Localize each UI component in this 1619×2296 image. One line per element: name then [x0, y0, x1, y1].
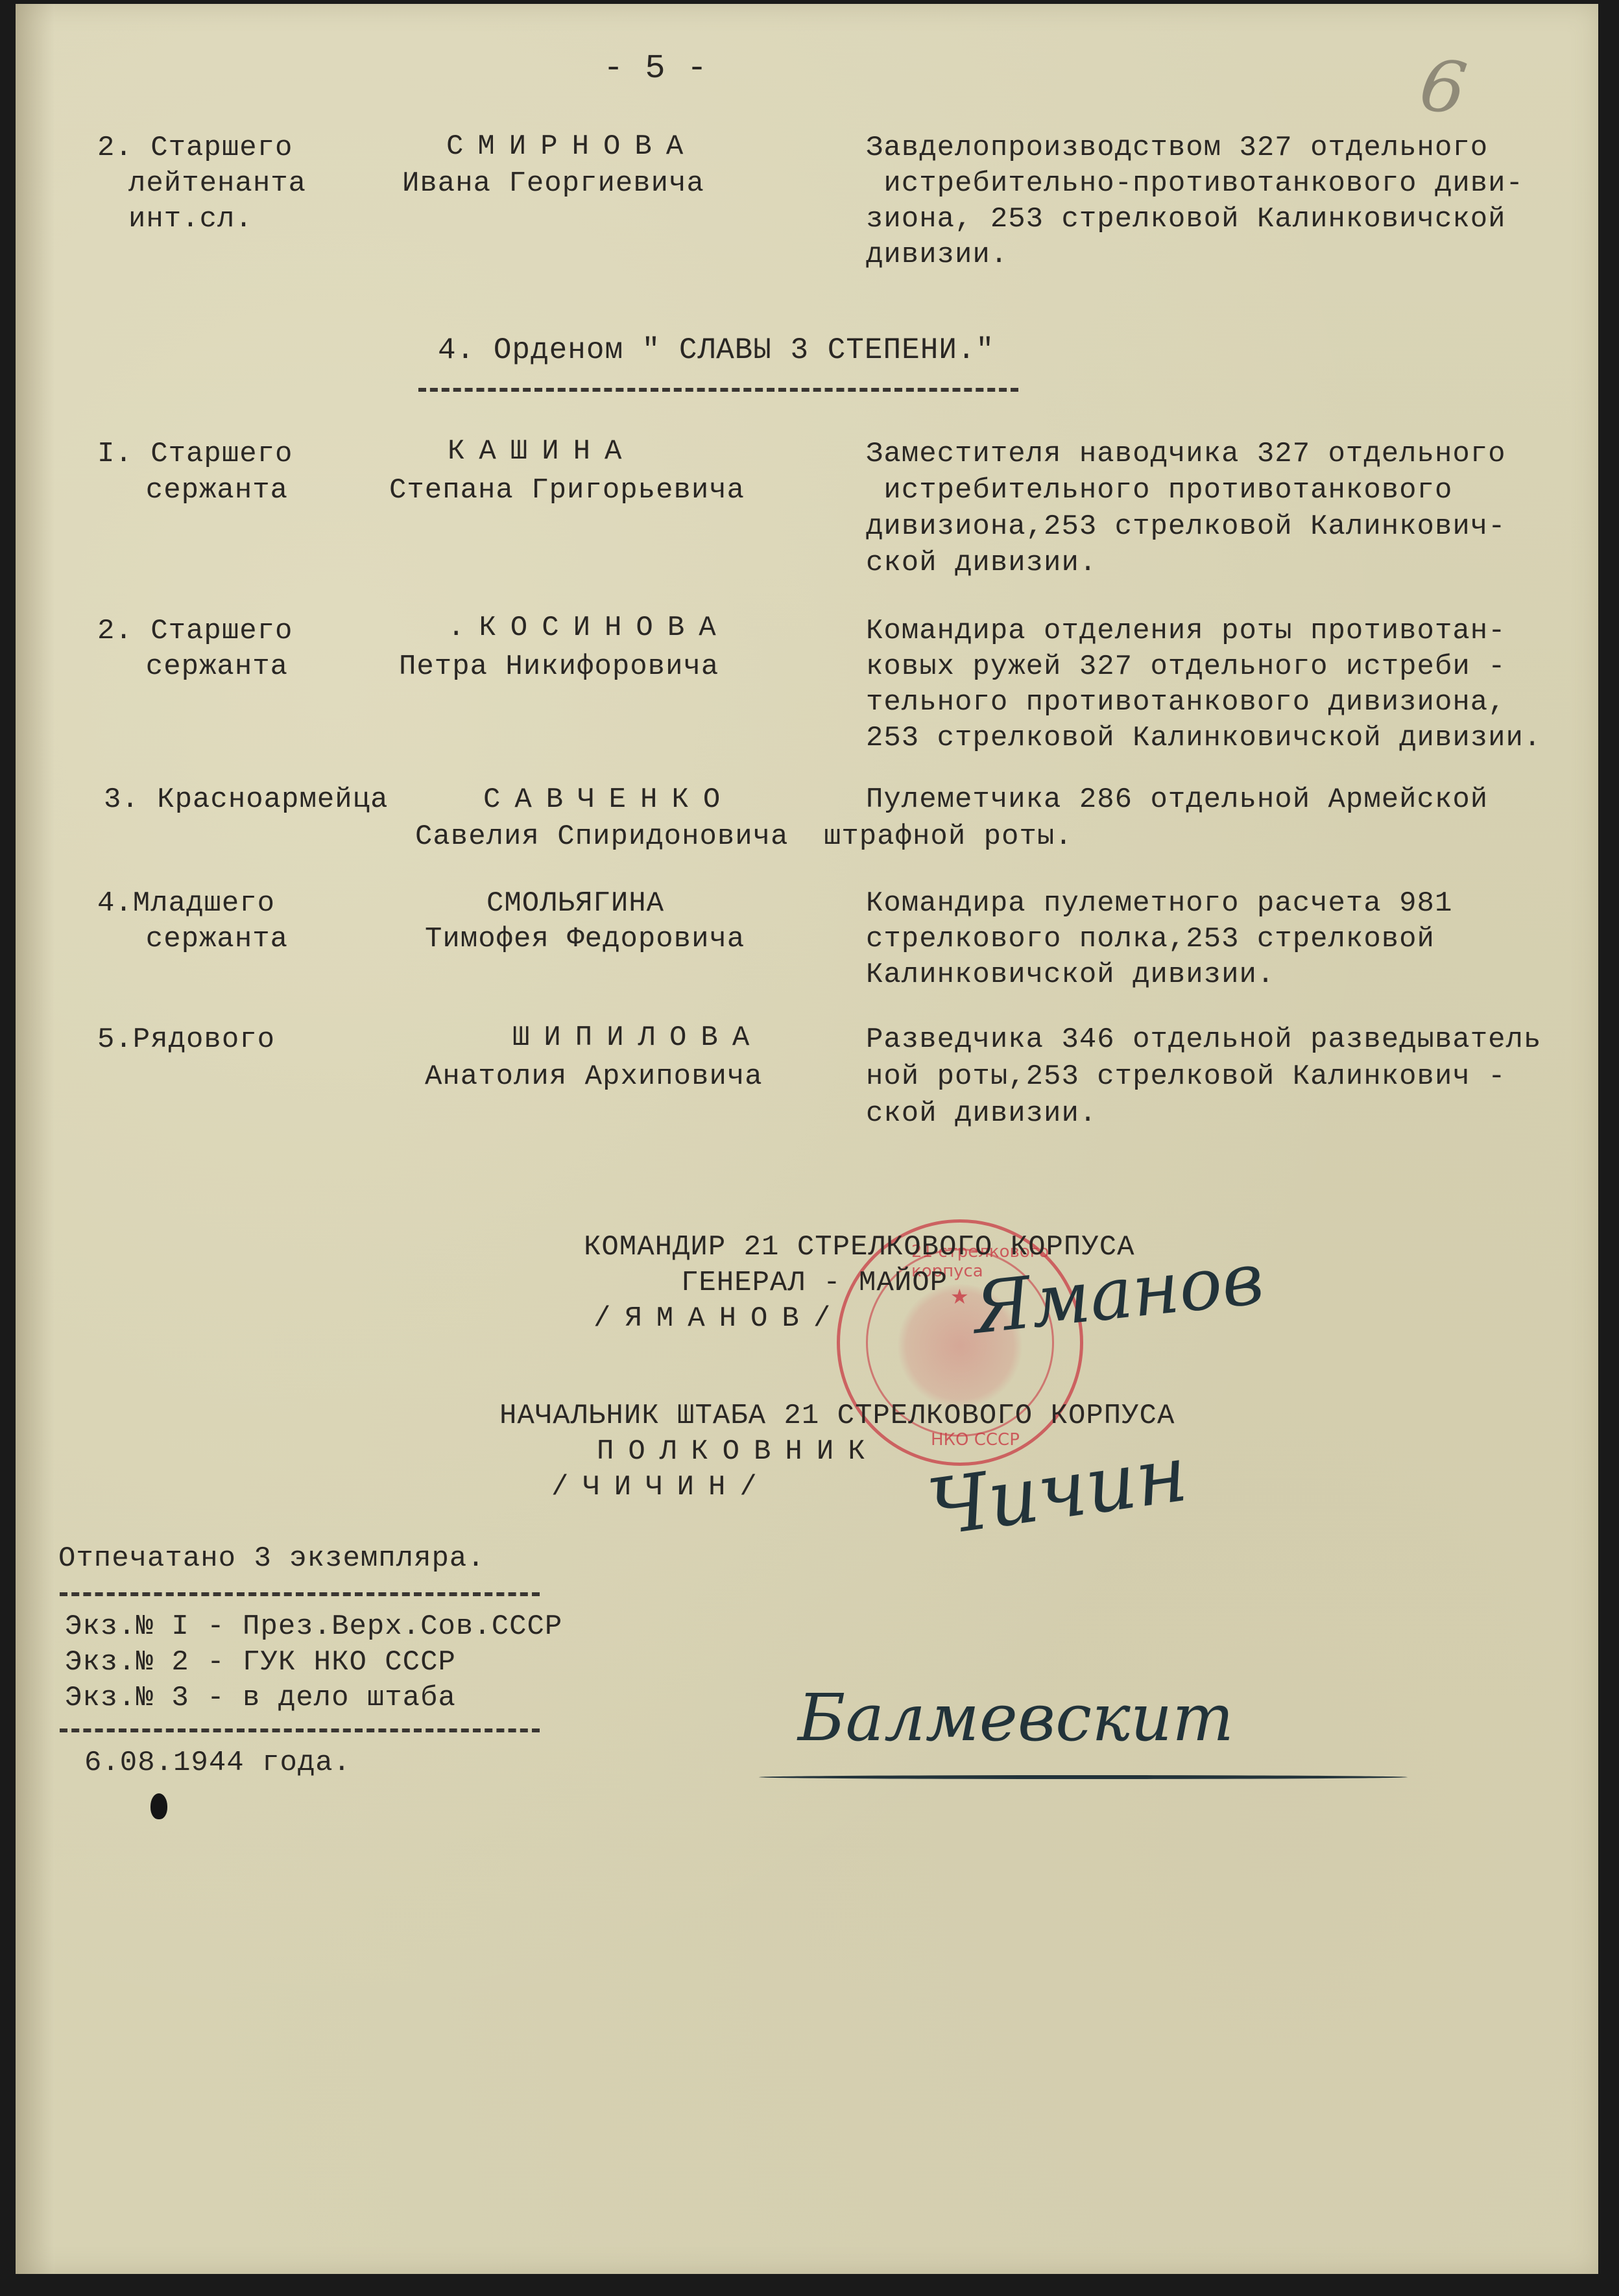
commander-name: /ЯМАНОВ/ [594, 1300, 845, 1337]
desc-line: Командира отделения роты противотан- [866, 613, 1506, 649]
commander-rank: ГЕНЕРАЛ - МАЙОР [681, 1265, 948, 1301]
rank-line: 4.Младшего [97, 885, 275, 922]
surname: .КОСИНОВА [448, 610, 730, 646]
rank-line: 2. Старшего [97, 613, 293, 649]
desc-line: истребительного противотанкового [866, 472, 1452, 508]
desc-line: 253 стрелковой Калинковичской дивизии. [866, 720, 1541, 756]
page-number: - 5 - [603, 51, 708, 87]
handwritten-note: Балмевскит [798, 1680, 1234, 1756]
given-names: Степана Григорьевича [389, 472, 745, 508]
section-underline [418, 388, 1018, 392]
rank-line: сержанта [110, 921, 288, 957]
section-heading: 4. Орденом " СЛАВЫ 3 СТЕПЕНИ." [438, 332, 994, 368]
copy-line: Экз.№ 3 - в дело штаба [65, 1680, 456, 1716]
star-icon: ★ [950, 1284, 969, 1309]
binding-hole [150, 1793, 167, 1819]
desc-line: Завделопроизводством 327 отдельного [866, 130, 1488, 166]
desc-line: штрафной роты. [824, 819, 1073, 855]
desc-line: дивизиона,253 стрелковой Калинкович- [866, 508, 1506, 545]
rank-line: сержанта [110, 472, 288, 508]
surname: ШИПИЛОВА [512, 1020, 763, 1056]
desc-line: ской дивизии. [866, 1095, 1097, 1132]
rank-line: сержанта [110, 649, 288, 685]
desc-line: зиона, 253 стрелковой Калинковичской [866, 201, 1506, 237]
desc-line: истребительно-противотанкового диви- [866, 165, 1524, 202]
rank-line: лейтенанта [128, 165, 306, 202]
desc-line: ковых ружей 327 отдельного истреби - [866, 649, 1506, 685]
desc-line: Заместителя наводчика 327 отдельного [866, 436, 1506, 472]
rank-line: 5.Рядового [97, 1022, 275, 1058]
rank-line: 3. Красноармейца [104, 782, 388, 818]
given-names: Тимофея Федоровича [425, 921, 745, 957]
distribution-rule-bottom [60, 1728, 540, 1732]
given-names: Анатолия Архиповича [425, 1058, 763, 1095]
copies-heading: Отпечатано 3 экземпляра. [58, 1540, 485, 1577]
desc-line: стрелкового полка,253 стрелковой [866, 921, 1435, 957]
desc-line: Командира пулеметного расчета 981 [866, 885, 1452, 922]
copy-line: Экз.№ I - През.Верх.Сов.СССР [65, 1608, 562, 1645]
distribution-rule-top [60, 1592, 540, 1596]
handwritten-underline [759, 1775, 1408, 1779]
rank-line: I. Старшего [97, 436, 293, 472]
given-names: Ивана Георгиевича [402, 165, 704, 202]
surname: КАШИНА [448, 433, 636, 470]
surname: СМИРНОВА [446, 128, 697, 165]
surname: СМОЛЬЯГИНА [486, 885, 664, 922]
rank-line: 2. Старшего [97, 130, 293, 166]
binding-shadow [16, 4, 54, 2274]
chief-of-staff-rank: ПОЛКОВНИК [597, 1433, 880, 1470]
desc-line: Разведчика 346 отдельной разведыватель [866, 1022, 1541, 1058]
rank-line: инт.сл. [128, 201, 253, 237]
desc-line: ской дивизии. [866, 545, 1097, 581]
given-names: Петра Никифоровича [399, 649, 719, 685]
chief-of-staff-title: НАЧАЛЬНИК ШТАБА 21 СТРЕЛКОВОГО КОРПУСА [499, 1398, 1175, 1434]
desc-line: Пулеметчика 286 отдельной Армейской [866, 782, 1488, 818]
document-date: 6.08.1944 года. [84, 1745, 351, 1781]
desc-line: ной роты,253 стрелковой Калинкович - [866, 1058, 1506, 1095]
desc-line: дивизии. [866, 237, 1008, 273]
desc-line: тельного противотанкового дивизиона, [866, 684, 1506, 721]
copy-line: Экз.№ 2 - ГУК НКО СССР [65, 1644, 456, 1680]
surname: САВЧЕНКО [483, 782, 734, 818]
desc-line: Калинковичской дивизии. [866, 957, 1275, 993]
given-names: Савелия Спиридоновича [415, 819, 789, 855]
chief-of-staff-name: /ЧИЧИН/ [551, 1469, 771, 1505]
